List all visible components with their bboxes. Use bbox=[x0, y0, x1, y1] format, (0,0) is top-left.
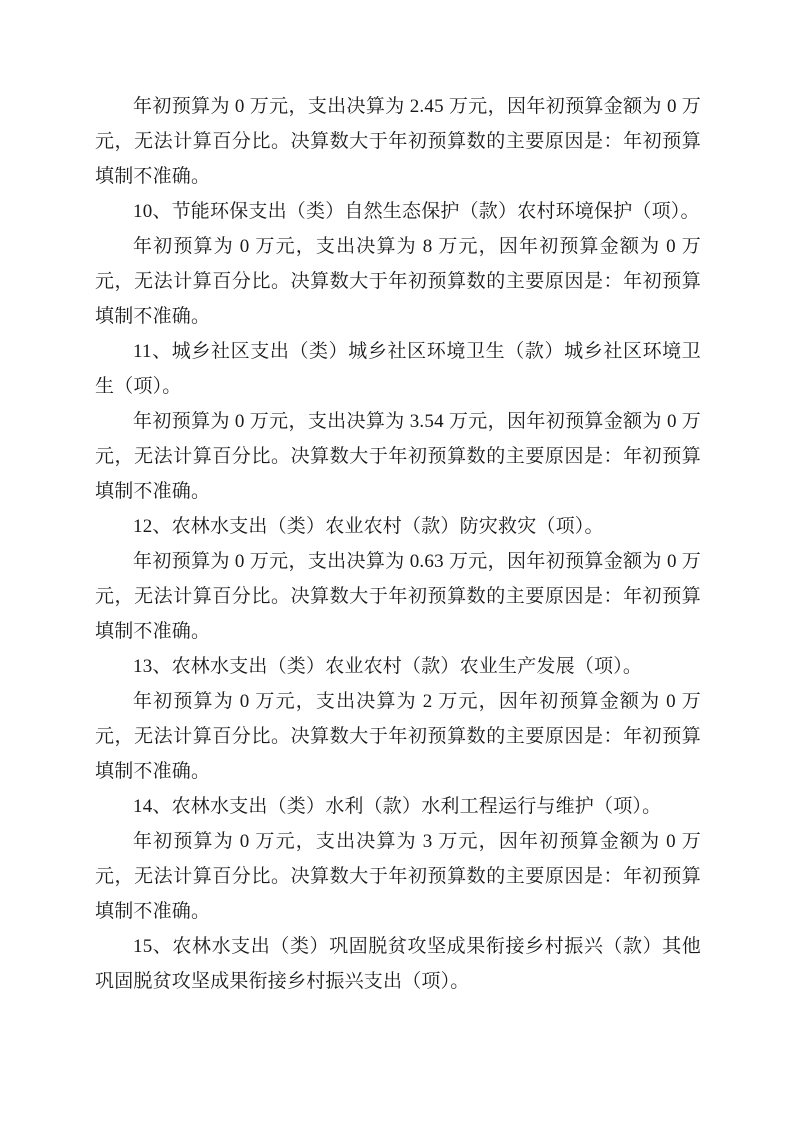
paragraph: 年初预算为 0 万元，支出决算为 2 万元，因年初预算金额为 0 万元，无法计算… bbox=[95, 684, 701, 789]
document-page: 年初预算为 0 万元，支出决算为 2.45 万元，因年初预算金额为 0 万元，无… bbox=[0, 0, 793, 1122]
paragraph-item-10: 10、节能环保支出（类）自然生态保护（款）农村环境保护（项）。 bbox=[95, 194, 701, 229]
paragraph-item-15: 15、农林水支出（类）巩固脱贫攻坚成果衔接乡村振兴（款）其他巩固脱贫攻坚成果衔接… bbox=[95, 929, 701, 999]
paragraph-item-11: 11、城乡社区支出（类）城乡社区环境卫生（款）城乡社区环境卫生（项）。 bbox=[95, 334, 701, 404]
paragraph-item-13: 13、农林水支出（类）农业农村（款）农业生产发展（项）。 bbox=[95, 649, 701, 684]
paragraph: 年初预算为 0 万元，支出决算为 8 万元，因年初预算金额为 0 万元，无法计算… bbox=[95, 229, 701, 334]
paragraph: 年初预算为 0 万元，支出决算为 0.63 万元，因年初预算金额为 0 万元，无… bbox=[95, 544, 701, 649]
paragraph: 年初预算为 0 万元，支出决算为 2.45 万元，因年初预算金额为 0 万元，无… bbox=[95, 89, 701, 194]
paragraph: 年初预算为 0 万元，支出决算为 3 万元，因年初预算金额为 0 万元，无法计算… bbox=[95, 824, 701, 929]
paragraph-item-14: 14、农林水支出（类）水利（款）水利工程运行与维护（项）。 bbox=[95, 789, 701, 824]
paragraph-item-12: 12、农林水支出（类）农业农村（款）防灾救灾（项）。 bbox=[95, 509, 701, 544]
document-text-body: 年初预算为 0 万元，支出决算为 2.45 万元，因年初预算金额为 0 万元，无… bbox=[95, 89, 701, 999]
paragraph: 年初预算为 0 万元，支出决算为 3.54 万元，因年初预算金额为 0 万元，无… bbox=[95, 404, 701, 509]
